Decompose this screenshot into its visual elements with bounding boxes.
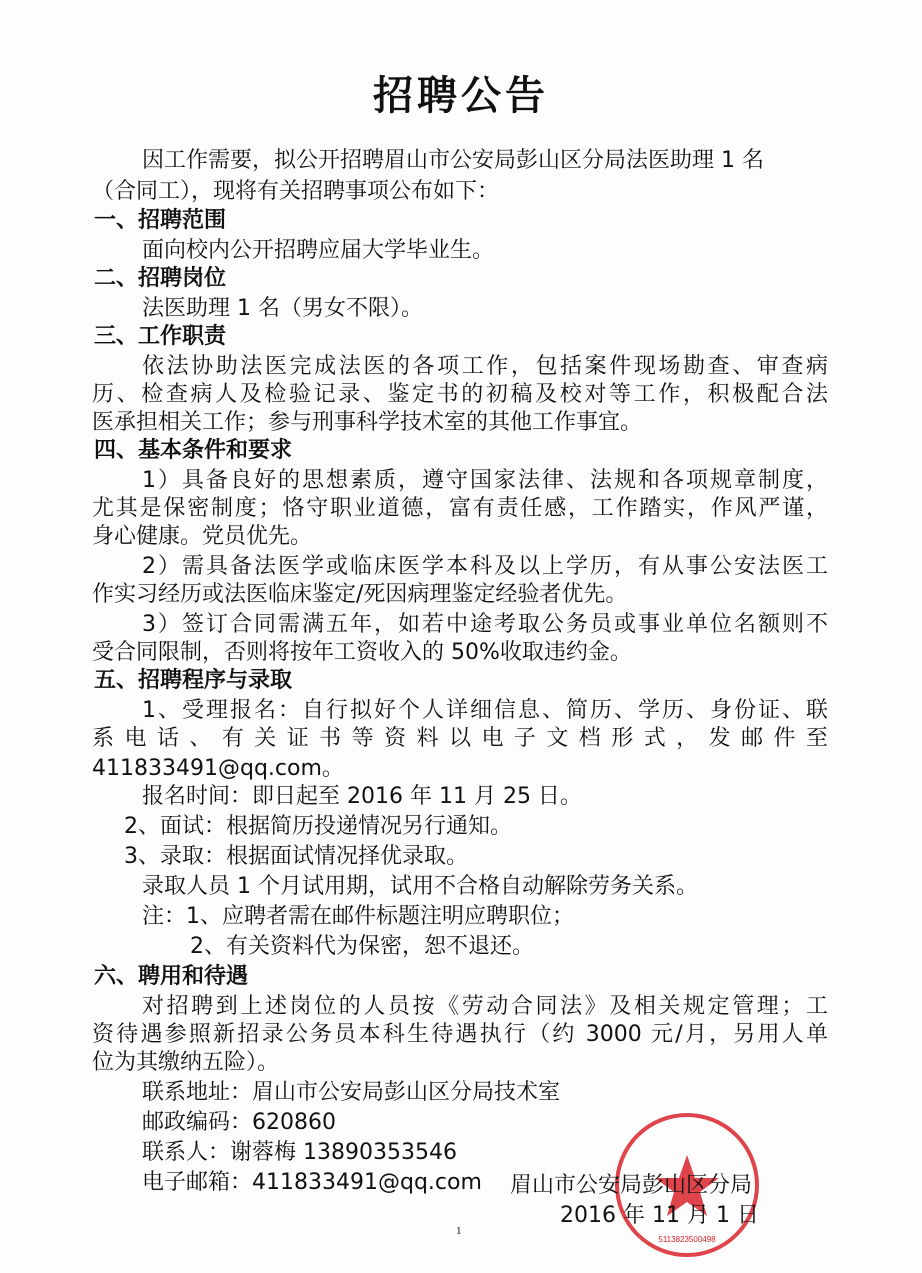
paragraph-line: 系电话、有关证书等资料以电子文档形式，发邮件至 [92,728,828,750]
issuer-name: 眉山市公安局彭山区分局 [510,1168,752,1199]
section-heading: 四、基本条件和要求 [94,440,292,462]
paragraph-line: 法医助理 1 名（男女不限）。 [142,298,423,320]
paragraph-line: 依法协助法医完成法医的各项工作，包括案件现场勘查、审查病 [142,356,828,378]
paragraph-line: 1）具备良好的思想素质，遵守国家法律、法规和各项规章制度， [142,470,828,492]
postal-code: 邮政编码：620860 [142,1112,336,1134]
paragraph-line: 1、受理报名：自行拟好个人详细信息、简历、学历、身份证、联 [142,700,828,722]
section-heading: 五、招聘程序与录取 [94,670,292,692]
paragraph-line: 对招聘到上述岗位的人员按《劳动合同法》及相关规定管理；工 [142,996,828,1018]
intro-line: 因工作需要，拟公开招聘眉山市公安局彭山区分局法医助理 1 名 [142,150,764,172]
document-title: 招聘公告 [0,64,922,121]
paragraph-line: 3、录取：根据面试情况择优录取。 [124,846,468,868]
paragraph-line: 录取人员 1 个月试用期，试用不合格自动解除劳务关系。 [142,876,698,898]
section-heading: 三、工作职责 [94,326,226,348]
section-heading: 一、招聘范围 [94,210,226,232]
intro-line: （合同工），现将有关招聘事项公布如下： [92,181,499,203]
contact-address: 联系地址：眉山市公安局彭山区分局技术室 [142,1082,560,1104]
paragraph-line: 2）需具备法医学或临床医学本科及以上学历，有从事公安法医工 [142,556,828,578]
paragraph-line: 尤其是保密制度；恪守职业道德，富有责任感，工作踏实，作风严谨， [92,498,828,520]
paragraph-line: 面向校内公开招聘应届大学毕业生。 [142,240,494,262]
paragraph-line: 医承担相关工作；参与刑事科学技术室的其他工作事宜。 [92,412,642,434]
paragraph-line: 作实习经历或法医临床鉴定/死因病理鉴定经验者优先。 [92,584,627,606]
paragraph-line: 受合同限制，否则将按年工资收入的 50%收取违约金。 [92,642,632,664]
paragraph-line: 身心健康。党员优先。 [92,526,312,548]
svg-text:5113823500498: 5113823500498 [658,1235,716,1244]
contact-email: 电子邮箱：411833491@qq.com [142,1172,482,1194]
page-number: 1 [456,1225,462,1237]
email-text: 411833491@qq.com。 [92,758,344,780]
paragraph-line: 报名时间：即日起至 2016 年 11 月 25 日。 [142,786,582,808]
issue-date: 2016 年 11 月 1 日 [560,1198,759,1229]
paragraph-line: 3）签订合同需满五年，如若中途考取公务员或事业单位名额则不 [142,614,828,636]
note-line: 注：1、应聘者需在邮件标题注明应聘职位； [142,906,574,928]
paragraph-line: 历、检查病人及检验记录、鉴定书的初稿及校对等工作，积极配合法 [92,384,828,406]
paragraph-line: 位为其缴纳五险）。 [92,1052,279,1074]
note-line: 2、有关资料代为保密，恕不退还。 [190,936,534,958]
paragraph-line: 资待遇参照新招录公务员本科生待遇执行（约 3000 元/月，另用人单 [92,1024,828,1046]
contact-person: 联系人：谢蓉梅 13890353546 [142,1142,457,1164]
section-heading: 六、聘用和待遇 [94,966,248,988]
paragraph-line: 2、面试：根据简历投递情况另行通知。 [124,816,512,838]
section-heading: 二、招聘岗位 [94,268,226,290]
